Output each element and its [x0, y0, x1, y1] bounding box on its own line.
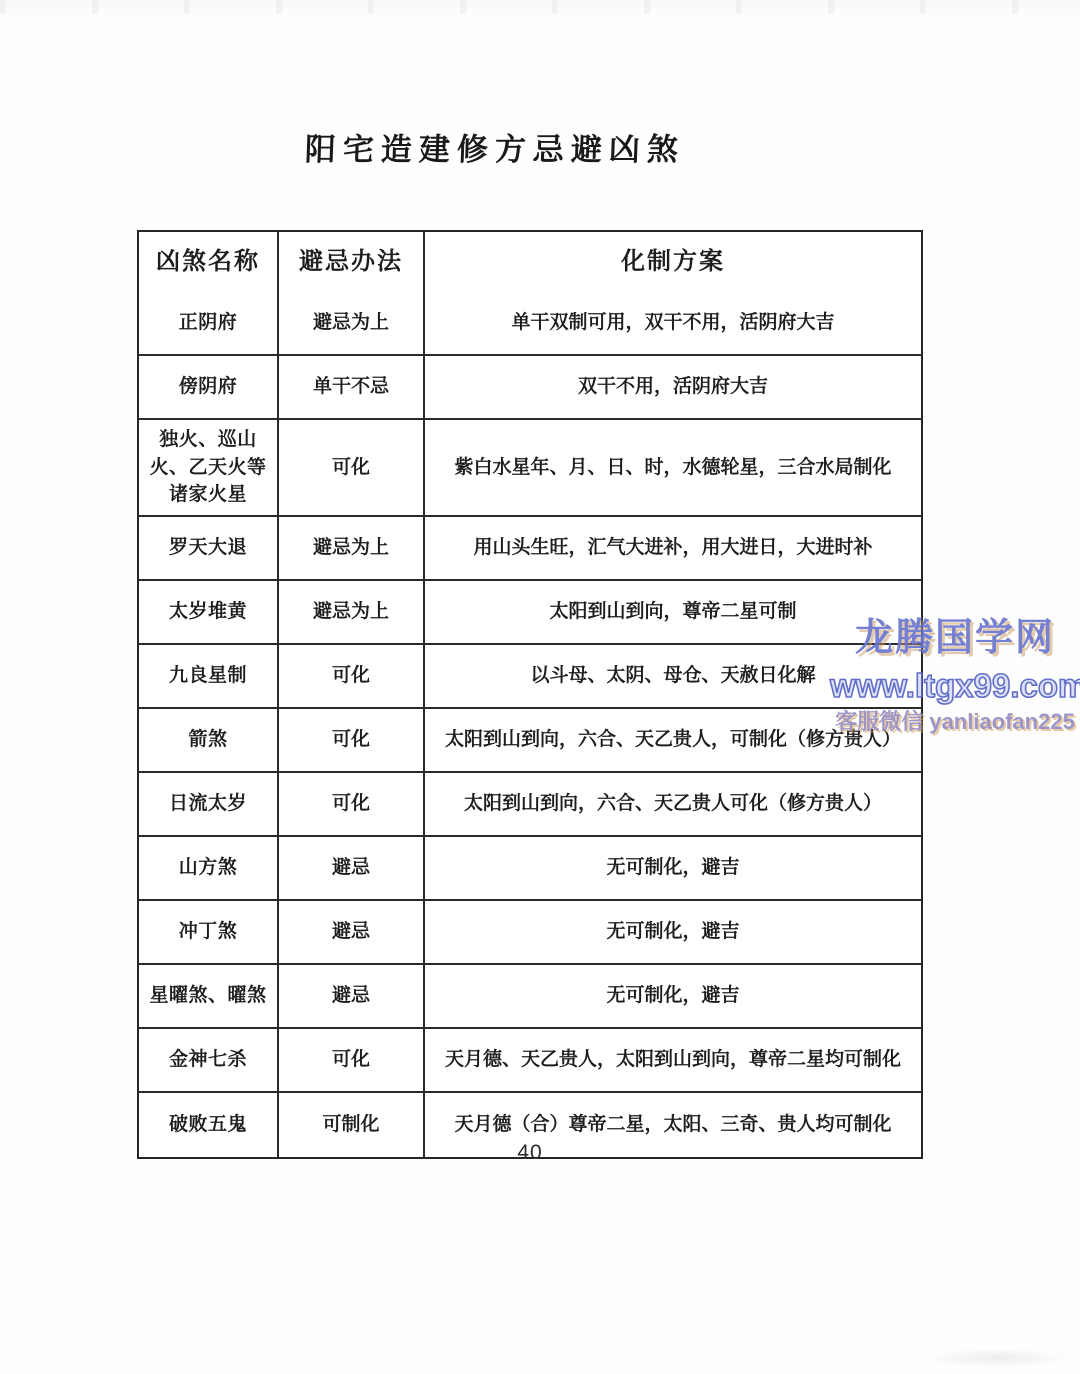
resolution-plan: 无可制化，避吉	[425, 837, 921, 899]
avoid-method: 避忌为上	[279, 292, 425, 354]
table-row: 金神七杀 可化 天月德、天乙贵人，太阳到山到向，尊帝二星均可制化	[139, 1027, 921, 1091]
resolution-plan: 以斗母、太阴、母仓、天赦日化解	[425, 645, 921, 707]
sha-name: 正阴府	[139, 292, 279, 354]
page-title: 阳宅造建修方忌避凶煞	[0, 124, 991, 169]
avoid-method: 避忌为上	[279, 581, 425, 643]
avoid-method: 可化	[279, 1029, 425, 1091]
resolution-plan: 紫白水星年、月、日、时，水德轮星，三合水局制化	[425, 420, 921, 515]
table-row: 日流太岁 可化 太阳到山到向，六合、天乙贵人可化（修方贵人）	[139, 771, 921, 835]
avoid-method: 避忌	[279, 901, 425, 963]
table-row: 箭煞 可化 太阳到山到向，六合、天乙贵人，可制化（修方贵人）	[139, 707, 921, 771]
sha-name: 星曜煞、曜煞	[139, 965, 279, 1027]
header-avoid-method: 避忌办法	[279, 232, 425, 292]
sha-name: 九良星制	[139, 645, 279, 707]
sha-name: 独火、巡山火、乙天火等诸家火星	[139, 420, 279, 515]
resolution-plan: 天月德、天乙贵人，太阳到山到向，尊帝二星均可制化	[425, 1029, 921, 1091]
sha-name: 山方煞	[139, 837, 279, 899]
avoid-method: 单干不忌	[279, 356, 425, 418]
sha-name: 罗天大退	[139, 517, 279, 579]
table-row: 山方煞 避忌 无可制化，避吉	[139, 835, 921, 899]
header-resolution-plan: 化制方案	[425, 232, 921, 292]
sha-name: 日流太岁	[139, 773, 279, 835]
sha-name: 傍阴府	[139, 356, 279, 418]
table-row: 冲丁煞 避忌 无可制化，避吉	[139, 899, 921, 963]
resolution-plan: 双干不用，活阴府大吉	[425, 356, 921, 418]
resolution-plan: 无可制化，避吉	[425, 965, 921, 1027]
sha-avoidance-table: 凶煞名称 避忌办法 化制方案 正阴府 避忌为上 单干双制可用，双干不用，活阴府大…	[137, 230, 923, 1159]
resolution-plan: 太阳到山到向，六合、天乙贵人，可制化（修方贵人）	[425, 709, 921, 771]
table-header-row: 凶煞名称 避忌办法 化制方案	[139, 232, 921, 292]
avoid-method: 可化	[279, 709, 425, 771]
scanned-document-page: 阳宅造建修方忌避凶煞 凶煞名称 避忌办法 化制方案 正阴府 避忌为上 单干双制可…	[0, 0, 1080, 1374]
table-row: 罗天大退 避忌为上 用山头生旺，汇气大进补，用大进日，大进时补	[139, 515, 921, 579]
page-number: 40	[137, 1141, 923, 1165]
table-row: 九良星制 可化 以斗母、太阴、母仓、天赦日化解	[139, 643, 921, 707]
table-body: 正阴府 避忌为上 单干双制可用，双干不用，活阴府大吉 傍阴府 单干不忌 双干不用…	[139, 292, 921, 1157]
avoid-method: 可化	[279, 773, 425, 835]
sha-name: 金神七杀	[139, 1029, 279, 1091]
sha-name: 箭煞	[139, 709, 279, 771]
header-sha-name: 凶煞名称	[139, 232, 279, 292]
scan-smudge-artifact	[922, 1348, 1072, 1368]
table-row: 独火、巡山火、乙天火等诸家火星 可化 紫白水星年、月、日、时，水德轮星，三合水局…	[139, 418, 921, 515]
sha-name: 冲丁煞	[139, 901, 279, 963]
resolution-plan: 太阳到山到向，六合、天乙贵人可化（修方贵人）	[425, 773, 921, 835]
avoid-method: 避忌为上	[279, 517, 425, 579]
avoid-method: 避忌	[279, 965, 425, 1027]
resolution-plan: 单干双制可用，双干不用，活阴府大吉	[425, 292, 921, 354]
table-row: 太岁堆黄 避忌为上 太阳到山到向，尊帝二星可制	[139, 579, 921, 643]
sha-name: 太岁堆黄	[139, 581, 279, 643]
scan-artifact-streaks	[0, 0, 1080, 14]
table-row: 正阴府 避忌为上 单干双制可用，双干不用，活阴府大吉	[139, 292, 921, 354]
resolution-plan: 太阳到山到向，尊帝二星可制	[425, 581, 921, 643]
table-row: 傍阴府 单干不忌 双干不用，活阴府大吉	[139, 354, 921, 418]
avoid-method: 避忌	[279, 837, 425, 899]
resolution-plan: 用山头生旺，汇气大进补，用大进日，大进时补	[425, 517, 921, 579]
resolution-plan: 无可制化，避吉	[425, 901, 921, 963]
table-row: 星曜煞、曜煞 避忌 无可制化，避吉	[139, 963, 921, 1027]
avoid-method: 可化	[279, 645, 425, 707]
avoid-method: 可化	[279, 420, 425, 515]
